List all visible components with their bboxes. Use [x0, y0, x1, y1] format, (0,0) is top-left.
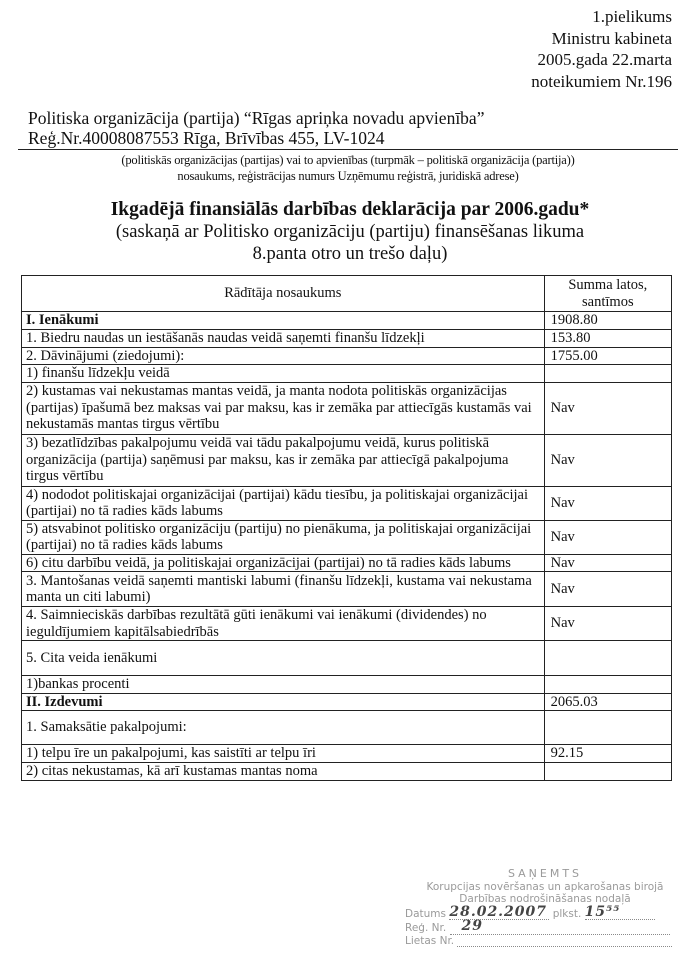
stamp-case-field: Lietas Nr. [405, 935, 685, 948]
indicator-name-cell: 2) citas nekustamas, kā arī kustamas man… [22, 762, 545, 780]
received-stamp: SAŅEMTS Korupcijas novēršanas un apkaroš… [405, 868, 685, 947]
amount-cell: Nav [544, 382, 671, 434]
indicator-name-cell: 5) atsvabinot politisko organizāciju (pa… [22, 520, 545, 554]
table-row: II. Izdevumi2065.03 [22, 693, 672, 711]
table-row: 1. Biedru naudas un iestāšanās naudas ve… [22, 330, 672, 348]
amount-cell: Nav [544, 607, 671, 641]
header-amount: Summa latos, santīmos [544, 276, 671, 312]
table-row: 4) nododot politiskajai organizācijai (p… [22, 486, 672, 520]
indicator-name-cell: II. Izdevumi [22, 693, 545, 711]
annex-reference: 1.pielikums Ministru kabineta 2005.gada … [531, 6, 672, 92]
amount-cell: Nav [544, 554, 671, 572]
amount-cell: 2065.03 [544, 693, 671, 711]
indicator-name-cell: 4) nododot politiskajai organizācijai (p… [22, 486, 545, 520]
header-indicator-name: Rādītāja nosaukums [22, 276, 545, 312]
amount-cell: Nav [544, 486, 671, 520]
amount-cell: 1908.80 [544, 312, 671, 330]
amount-cell [544, 711, 671, 745]
stamp-heading: SAŅEMTS [405, 868, 685, 881]
indicator-name-cell: 2) kustamas vai nekustamas mantas veidā,… [22, 382, 545, 434]
amount-cell: Nav [544, 572, 671, 607]
table-row: 1. Samaksātie pakalpojumi: [22, 711, 672, 745]
stamp-reg-field: Reģ. Nr. 29 [405, 920, 685, 935]
declaration-subtitle: (saskaņā ar Politisko organizāciju (part… [0, 221, 700, 243]
amount-cell: 92.15 [544, 745, 671, 763]
table-body: I. Ienākumi1908.801. Biedru naudas un ie… [22, 312, 672, 781]
indicator-name-cell: 1)bankas procenti [22, 676, 545, 694]
indicator-name-cell: 5. Cita veida ienākumi [22, 641, 545, 676]
table-row: 4. Saimnieciskās darbības rezultātā gūti… [22, 607, 672, 641]
stamp-time-value: 15⁵⁵ [585, 904, 621, 920]
table-row: 1) finanšu līdzekļu veidā [22, 365, 672, 383]
table-row: 5) atsvabinot politisko organizāciju (pa… [22, 520, 672, 554]
amount-cell: 153.80 [544, 330, 671, 348]
organization-registration: Reģ.Nr.40008087553 Rīga, Brīvības 455, L… [18, 128, 678, 150]
organization-note: (politiskās organizācijas (partijas) vai… [18, 152, 678, 184]
indicator-name-cell: 3) bezatlīdzības pakalpojumu veidā vai t… [22, 434, 545, 486]
stamp-date-label: Datums [405, 908, 446, 920]
table-row: 3. Mantošanas veidā saņemti mantiski lab… [22, 572, 672, 607]
stamp-office: Korupcijas novēršanas un apkarošanas bir… [405, 881, 685, 894]
annex-line: noteikumiem Nr.196 [531, 71, 672, 93]
declaration-table: Rādītāja nosaukums Summa latos, santīmos… [21, 275, 672, 781]
declaration-title-block: Ikgadējā finansiālās darbības deklarācij… [0, 198, 700, 265]
table-row: 3) bezatlīdzības pakalpojumu veidā vai t… [22, 434, 672, 486]
amount-cell [544, 365, 671, 383]
stamp-case-label: Lietas Nr. [405, 935, 454, 947]
indicator-name-cell: 1. Biedru naudas un iestāšanās naudas ve… [22, 330, 545, 348]
amount-cell [544, 641, 671, 676]
table-row: 2. Dāvinājumi (ziedojumi):1755.00 [22, 347, 672, 365]
table-row: 1)bankas procenti [22, 676, 672, 694]
organization-note-line: (politiskās organizācijas (partijas) vai… [18, 152, 678, 168]
table-row: 1) telpu īre un pakalpojumi, kas saistīt… [22, 745, 672, 763]
amount-cell: Nav [544, 434, 671, 486]
amount-cell [544, 762, 671, 780]
organization-name: Politiska organizācija (partija) “Rīgas … [28, 108, 678, 128]
stamp-reg-value: 29 [462, 918, 483, 934]
indicator-name-cell: 1) finanšu līdzekļu veidā [22, 365, 545, 383]
amount-cell: 1755.00 [544, 347, 671, 365]
stamp-reg-label: Reģ. Nr. [405, 922, 446, 934]
table-row: I. Ienākumi1908.80 [22, 312, 672, 330]
annex-line: 2005.gada 22.marta [531, 49, 672, 71]
organization-note-line: nosaukums, reģistrācijas numurs Uzņēmumu… [18, 168, 678, 184]
table-row: 2) kustamas vai nekustamas mantas veidā,… [22, 382, 672, 434]
annex-line: 1.pielikums [531, 6, 672, 28]
indicator-name-cell: 1) telpu īre un pakalpojumi, kas saistīt… [22, 745, 545, 763]
header-amount-line: santīmos [549, 294, 667, 311]
declaration-title: Ikgadējā finansiālās darbības deklarācij… [0, 198, 700, 221]
stamp-time-label: plkst. [553, 908, 582, 920]
declaration-subtitle: 8.panta otro un trešo daļu) [0, 243, 700, 265]
indicator-name-cell: 1. Samaksātie pakalpojumi: [22, 711, 545, 745]
header-amount-line: Summa latos, [549, 277, 667, 294]
indicator-name-cell: I. Ienākumi [22, 312, 545, 330]
amount-cell: Nav [544, 520, 671, 554]
annex-line: Ministru kabineta [531, 28, 672, 50]
amount-cell [544, 676, 671, 694]
indicator-name-cell: 4. Saimnieciskās darbības rezultātā gūti… [22, 607, 545, 641]
organization-block: Politiska organizācija (partija) “Rīgas … [28, 108, 678, 184]
indicator-name-cell: 3. Mantošanas veidā saņemti mantiski lab… [22, 572, 545, 607]
indicator-name-cell: 6) citu darbību veidā, ja politiskajai o… [22, 554, 545, 572]
indicator-name-cell: 2. Dāvinājumi (ziedojumi): [22, 347, 545, 365]
table-header-row: Rādītāja nosaukums Summa latos, santīmos [22, 276, 672, 312]
stamp-date-field: Datums 28.02.2007 plkst. 15⁵⁵ [405, 906, 685, 921]
table-row: 6) citu darbību veidā, ja politiskajai o… [22, 554, 672, 572]
table-row: 2) citas nekustamas, kā arī kustamas man… [22, 762, 672, 780]
table-row: 5. Cita veida ienākumi [22, 641, 672, 676]
